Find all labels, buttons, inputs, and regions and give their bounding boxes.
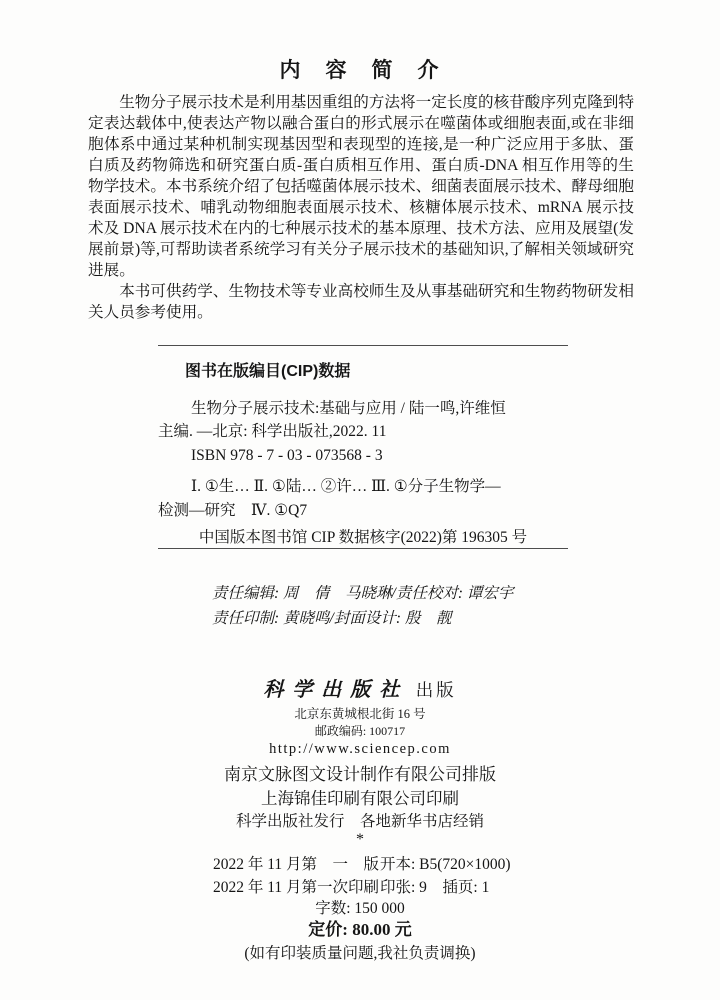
book-format: 开本: B5(720×1000) [380,854,511,877]
typesetting-company: 南京文脉图文设计制作有限公司排版 [0,762,720,787]
cip-divider-top [158,345,568,346]
cip-classification-line-1: Ⅰ. ①生… Ⅱ. ①陆… ②许… Ⅲ. ①分子生物学— [158,475,568,499]
cip-divider-bottom [158,548,568,549]
publisher-block: 科学出版社 出版 北京东黄城根北街 16 号 邮政编码: 100717 http… [0,678,720,833]
quality-note: (如有印装质量问题,我社负责调换) [0,941,720,963]
print-run-block: 2022 年 11 月第 一 版 开本: B5(720×1000) 2022 年… [213,854,558,899]
cip-record-number: 中国版本图书馆 CIP 数据核字(2022)第 196305 号 [158,526,568,550]
science-press-logo: 科学出版社 [263,679,408,701]
cip-title-line-1: 生物分子展示技术:基础与应用 / 陆一鸣,许维恒 [158,397,568,421]
cip-heading: 图书在版编目(CIP)数据 [158,360,568,384]
publisher-logo-suffix: 出版 [408,680,456,700]
price: 定价: 80.00 元 [0,915,720,940]
credits-editors-line: 责任编辑: 周 倩 马晓琳/责任校对: 谭宏宇 [212,581,513,606]
edition-date: 2022 年 11 月第 一 版 [213,854,380,877]
intro-title: 内 容 简 介 [0,54,720,84]
cip-classification-line-2: 检测—研究 Ⅳ. ①Q7 [158,499,568,523]
cip-title-line-2: 主编. —北京: 科学出版社,2022. 11 [158,420,568,444]
distribution-line: 科学出版社发行 各地新华书店经销 [0,811,720,833]
intro-paragraph-1: 生物分子展示技术是利用基因重组的方法将一定长度的核苷酸序列克隆到特定表达载体中,… [88,92,634,281]
credits-block: 责任编辑: 周 倩 马晓琳/责任校对: 谭宏宇 责任印制: 黄晓鸣/封面设计: … [212,581,513,631]
printing-company: 上海锦佳印刷有限公司印刷 [0,787,720,811]
intro-paragraph-2: 本书可供药学、生物技术等专业高校师生及从事基础研究和生物药物研发相关人员参考使用… [88,281,634,323]
cip-block: 图书在版编目(CIP)数据 生物分子展示技术:基础与应用 / 陆一鸣,许维恒 主… [158,360,568,550]
copyright-page: 内 容 简 介 生物分子展示技术是利用基因重组的方法将一定长度的核苷酸序列克隆到… [0,0,720,1000]
publisher-postcode: 邮政编码: 100717 [0,723,720,739]
cip-isbn: ISBN 978 - 7 - 03 - 073568 - 3 [158,444,568,468]
publisher-logo-line: 科学出版社 出版 [0,678,720,703]
publisher-url: http://www.sciencep.com [0,740,720,759]
credits-printing-line: 责任印制: 黄晓鸣/封面设计: 殷 靓 [212,606,513,631]
publisher-address: 北京东黄城根北街 16 号 [0,706,720,723]
asterisk-separator: * [0,831,720,849]
intro-text: 生物分子展示技术是利用基因重组的方法将一定长度的核苷酸序列克隆到特定表达载体中,… [88,92,634,323]
edition-row: 2022 年 11 月第 一 版 开本: B5(720×1000) [213,854,558,877]
